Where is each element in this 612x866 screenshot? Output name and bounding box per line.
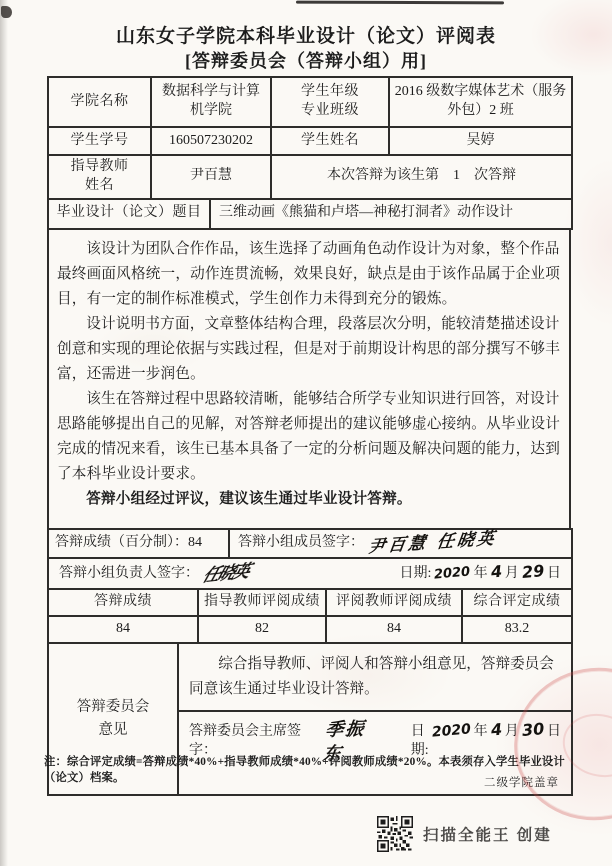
leader-signature-handwriting: 任晓英	[199, 560, 252, 589]
committee-label-line1: 答辩委员会	[53, 696, 173, 719]
advisor-label-line1: 指导教师	[53, 158, 146, 177]
student-id-label: 学生学号	[48, 127, 151, 155]
student-name-label: 学生姓名	[271, 127, 389, 155]
date-label: 日期:	[400, 565, 432, 584]
committee-label-line2: 意见	[53, 719, 173, 742]
review-text-table: 该设计为团队合作作品，该生选择了动画角色动作设计为对象，整个作品最终画面风格统一…	[47, 228, 571, 530]
college-name-label: 学院名称	[48, 77, 151, 127]
topic-value: 三维动画《熊猫和卢塔—神秘打洞者》动作设计	[210, 199, 572, 229]
grades-value-defense: 84	[48, 616, 198, 643]
leader-signature-label: 答辩小组负责人签字：	[59, 565, 199, 584]
date-year-unit: 年	[474, 565, 488, 584]
info-table: 学院名称 数据科学与计算机学院 学生年级 专业班级 2016 级数字媒体艺术（服…	[47, 76, 573, 200]
signoff-date: 日期: 2020 年 4 月 29 日	[400, 561, 561, 584]
grades-header-reviewer: 评阅教师评阅成绩	[326, 589, 462, 616]
committee-date-day-handwriting: 30	[521, 718, 545, 741]
topic-label: 毕业设计（论文）题目	[48, 199, 210, 229]
grades-value-overall: 83.2	[462, 616, 572, 643]
advisor-name-label: 指导教师 姓名	[48, 155, 151, 199]
committee-date-month-handwriting: 4	[490, 718, 503, 740]
committee-date-year-unit: 年	[474, 723, 488, 742]
qr-code-icon	[377, 816, 413, 852]
members-signature-cell: 答辩小组成员签字： 尹百慧 任晓英	[229, 529, 572, 558]
grades-value-advisor: 82	[198, 616, 326, 643]
committee-opinion-text: 综合指导教师、评阅人和答辩小组意见，答辩委员会同意该生通过毕业设计答辩。	[189, 652, 561, 702]
leader-signature-row: 答辩小组负责人签字： 任晓英 日期: 2020 年 4 月 29 日	[48, 558, 572, 589]
members-signature-handwriting: 尹百慧 任晓英	[367, 527, 499, 559]
defense-count-text: 本次答辩为该生第 1 次答辩	[271, 155, 572, 199]
advisor-name-value: 尹百慧	[151, 155, 271, 199]
review-form-table: 学院名称 数据科学与计算机学院 学生年级 专业班级 2016 级数字媒体艺术（服…	[47, 78, 571, 796]
date-day-unit: 日	[547, 565, 561, 584]
student-name-value: 吴婷	[389, 127, 572, 155]
scanned-document: 山东女子学院本科毕业设计（论文）评阅表 [答辩委员会（答辩小组）用] 学院名称 …	[0, 0, 612, 866]
date-month-unit: 月	[505, 565, 519, 584]
date-month-handwriting: 4	[490, 560, 503, 582]
defense-score-cell: 答辩成绩（百分制）：84	[48, 529, 229, 558]
review-paragraph-1: 该设计为团队合作作品，该生选择了动画角色动作设计为对象，整个作品最终画面风格统一…	[57, 237, 560, 312]
grades-header-overall: 综合评定成绩	[462, 589, 572, 616]
page-title: 山东女子学院本科毕业设计（论文）评阅表	[0, 21, 612, 48]
date-day-handwriting: 29	[521, 560, 545, 583]
review-conclusion: 答辩小组经过评议，建议该生通过毕业设计答辩。	[57, 487, 560, 512]
grades-value-reviewer: 84	[326, 616, 462, 643]
grade-label-line2: 专业班级	[276, 102, 384, 121]
grades-header-advisor: 指导教师评阅成绩	[198, 589, 326, 616]
date-year-handwriting: 2020	[434, 563, 472, 584]
grades-table: 答辩成绩 指导教师评阅成绩 评阅教师评阅成绩 综合评定成绩 84 82 84 8…	[47, 588, 573, 644]
committee-date-year-handwriting: 2020	[431, 720, 471, 742]
committee-date-month-unit: 月	[505, 723, 519, 742]
defense-score-label: 答辩成绩（百分制）：	[55, 535, 188, 550]
defense-score-value: 84	[188, 535, 202, 550]
page-subtitle: [答辩委员会（答辩小组）用]	[0, 47, 612, 73]
grade-class-value: 2016 级数字媒体艺术（服务外包）2 班	[389, 77, 572, 127]
advisor-label-line2: 姓名	[53, 177, 146, 196]
review-paragraph-3: 该生在答辩过程中思路较清晰，能够结合所学专业知识进行回答，对设计思路能够提出自己…	[57, 387, 560, 487]
college-name-value: 数据科学与计算机学院	[151, 77, 271, 127]
grade-class-label: 学生年级 专业班级	[271, 77, 389, 127]
review-paragraph-2: 设计说明书方面，文章整体结构合理，段落层次分明，能较清楚描述设计创意和实现的理论…	[57, 312, 560, 387]
scanner-watermark: 扫描全能王 创建	[377, 816, 552, 852]
topic-table: 毕业设计（论文）题目 三维动画《熊猫和卢塔—神秘打洞者》动作设计	[47, 198, 573, 230]
grades-header-defense: 答辩成绩	[48, 589, 198, 616]
scanner-watermark-text: 扫描全能王 创建	[423, 823, 552, 845]
scan-artifact-line	[296, 1, 504, 5]
committee-opinion-cell: 综合指导教师、评阅人和答辩小组意见，答辩委员会同意该生通过毕业设计答辩。	[178, 643, 572, 711]
review-comments-cell: 该设计为团队合作作品，该生选择了动画角色动作设计为对象，整个作品最终画面风格统一…	[48, 229, 570, 529]
scan-artifact-speck	[1, 6, 12, 18]
signoff-table: 答辩成绩（百分制）：84 答辩小组成员签字： 尹百慧 任晓英 答辩小组负责人签字…	[47, 528, 573, 590]
grade-label-line1: 学生年级	[276, 83, 384, 102]
committee-date-day-unit: 日	[547, 723, 561, 742]
scoring-formula-note: 注：综合评定成绩=答辩成绩*40%+指导教师成绩*40%+评阅教师成绩*20%。…	[44, 753, 578, 785]
student-id-value: 160507230202	[151, 127, 271, 155]
members-signature-label: 答辩小组成员签字：	[238, 534, 364, 553]
